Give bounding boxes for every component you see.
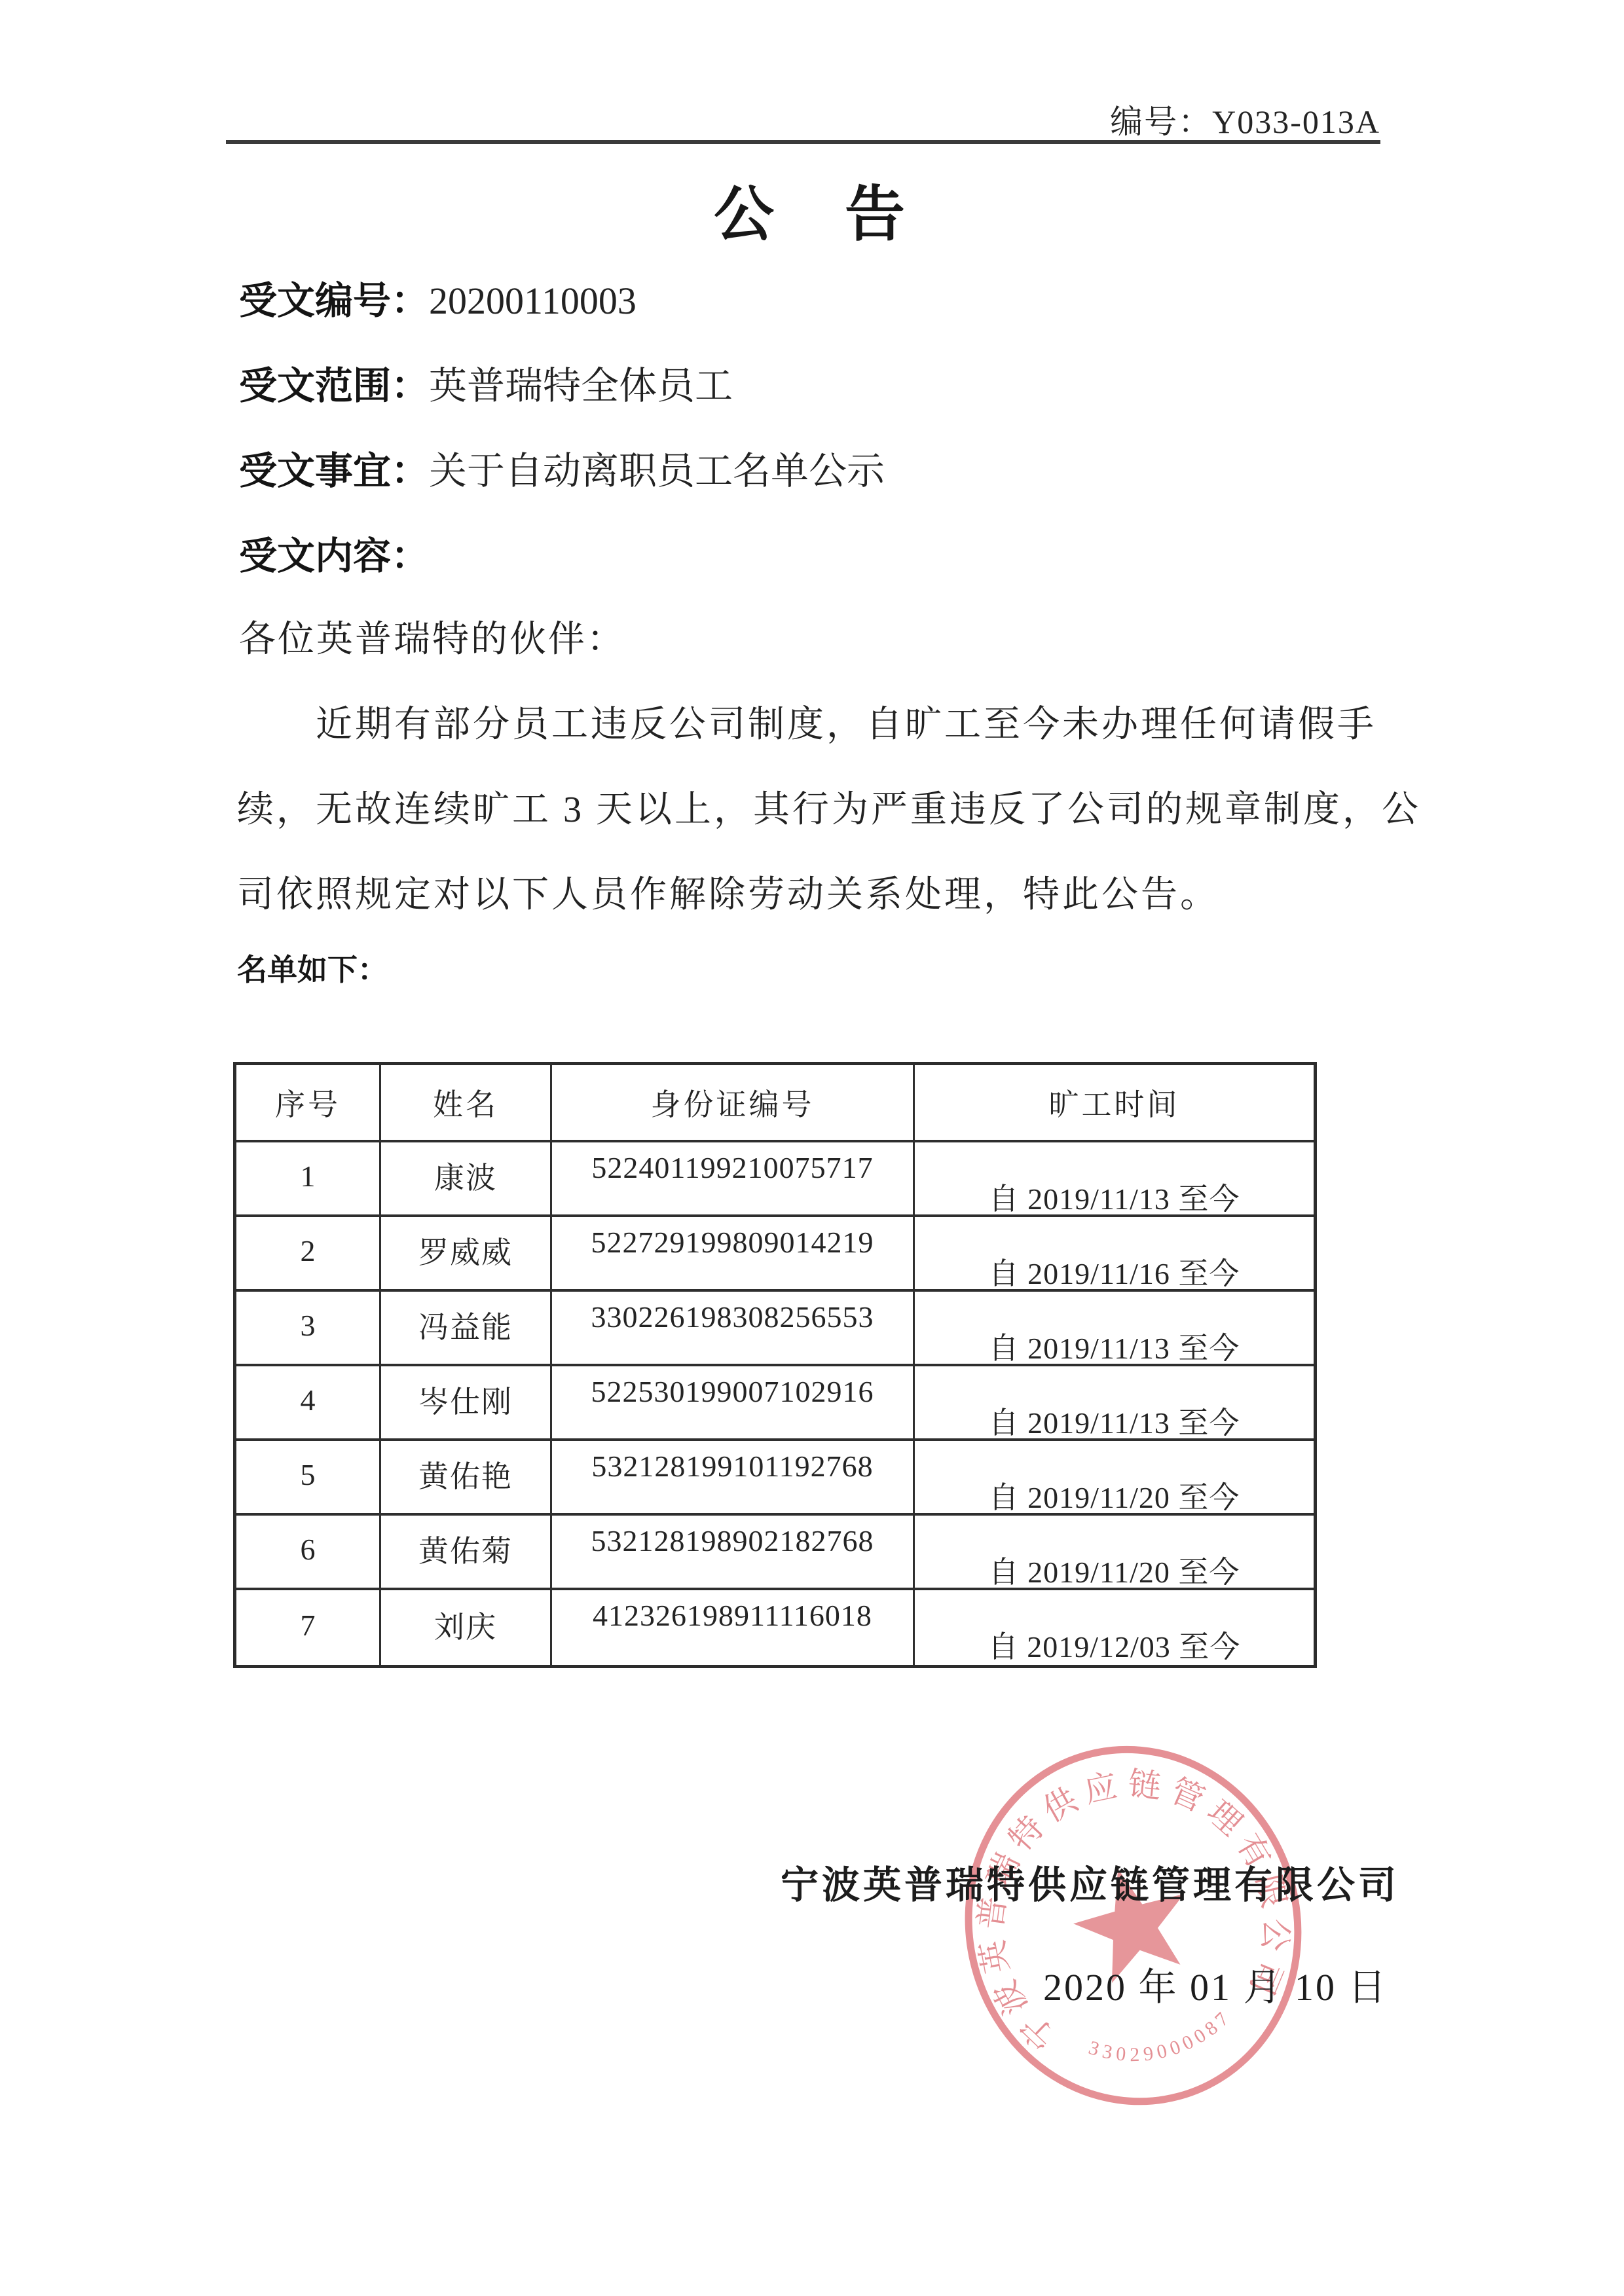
table-cell-name: 刘庆 (381, 1590, 552, 1665)
list-intro: 名单如下： (237, 946, 388, 989)
col-header-name: 姓名 (381, 1065, 552, 1142)
meta-row-content: 受文内容： (239, 525, 429, 580)
table-cell-duration: 自 2019/12/03 至今 (915, 1590, 1314, 1665)
table-cell-duration: 自 2019/11/20 至今 (915, 1441, 1314, 1516)
table-cell-name: 黄佑菊 (381, 1516, 552, 1590)
body-paragraph-line: 近期有部分员工违反公司制度，自旷工至今未办理任何请假手 (316, 695, 1376, 748)
meta-row-scope: 受文范围：英普瑞特全体员工 (239, 355, 733, 410)
table-cell-name: 岑仕刚 (381, 1366, 552, 1441)
meta-label: 受文编号： (239, 280, 429, 322)
table-cell-no: 5 (236, 1441, 381, 1516)
table-cell-duration: 自 2019/11/16 至今 (915, 1217, 1314, 1292)
table-cell-no: 4 (236, 1366, 381, 1441)
table-cell-id: 532128198902182768 (552, 1516, 915, 1590)
table-cell-name: 冯益能 (381, 1292, 552, 1366)
meta-row-doc-id: 受文编号：20200110003 (239, 270, 637, 325)
table-cell-id: 330226198308256553 (552, 1292, 915, 1366)
table-cell-id: 532128199101192768 (552, 1441, 915, 1516)
table-cell-name: 黄佑艳 (381, 1441, 552, 1516)
page-title: 公 告 (0, 166, 1624, 253)
meta-label: 受文内容： (239, 535, 429, 577)
doc-number: 编号：Y033-013A (1110, 96, 1380, 143)
col-header-duration: 旷工时间 (915, 1065, 1314, 1142)
table-cell-duration: 自 2019/11/20 至今 (915, 1516, 1314, 1590)
table-cell-id: 522530199007102916 (552, 1366, 915, 1441)
signature-company: 宁波英普瑞特供应链管理有限公司 (781, 1854, 1399, 1909)
table-cell-id: 412326198911116018 (552, 1590, 915, 1665)
body-paragraph-line: 续，无故连续旷工 3 天以上，其行为严重违反了公司的规章制度，公 (237, 780, 1421, 833)
table-cell-no: 7 (236, 1590, 381, 1665)
header-rule (226, 140, 1380, 144)
table-cell-duration: 自 2019/11/13 至今 (915, 1292, 1314, 1366)
table-cell-no: 2 (236, 1217, 381, 1292)
table-cell-id: 522729199809014219 (552, 1217, 915, 1292)
table-cell-duration: 自 2019/11/13 至今 (915, 1142, 1314, 1217)
meta-label: 受文范围： (239, 365, 429, 407)
table-cell-duration: 自 2019/11/13 至今 (915, 1366, 1314, 1441)
company-seal-stamp: 宁波英普瑞特供应链管理有限公司 3302900008708 (950, 1727, 1317, 2120)
salutation: 各位英普瑞特的伙伴： (239, 610, 625, 663)
table-cell-name: 康波 (381, 1142, 552, 1217)
table-cell-name: 罗威威 (381, 1217, 552, 1292)
table-cell-no: 3 (236, 1292, 381, 1366)
meta-value: 英普瑞特全体员工 (429, 365, 733, 407)
table-cell-no: 1 (236, 1142, 381, 1217)
body-paragraph-line: 司依照规定对以下人员作解除劳动关系处理，特此公告。 (237, 866, 1219, 918)
col-header-id: 身份证编号 (552, 1065, 915, 1142)
meta-row-subject: 受文事宜：关于自动离职员工名单公示 (239, 440, 885, 495)
table-cell-no: 6 (236, 1516, 381, 1590)
meta-value: 20200110003 (429, 280, 637, 322)
signature-date: 2020 年 01 月 10 日 (1043, 1956, 1388, 2011)
meta-label: 受文事宜： (239, 450, 429, 492)
meta-value: 关于自动离职员工名单公示 (429, 450, 885, 492)
announcement-page: 编号：Y033-013A 公 告 受文编号：20200110003 受文范围：英… (0, 0, 1624, 2296)
col-header-no: 序号 (236, 1065, 381, 1142)
table-cell-id: 522401199210075717 (552, 1142, 915, 1217)
employee-table: 序号 姓名 身份证编号 旷工时间 1 康波 522401199210075717… (233, 1062, 1317, 1668)
